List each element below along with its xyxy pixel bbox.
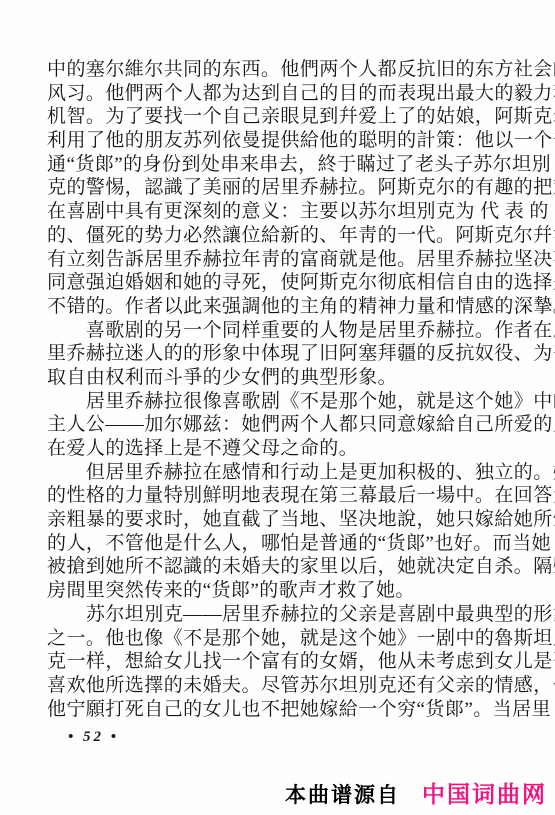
scanned-book-page: 中的塞尔維尔共同的东西。他們两个人都反抗旧的东方社会的风习。他們两个人都为达到自… bbox=[0, 0, 555, 815]
text-line: 房間里突然传来的“货郞”的歌声才救了她。 bbox=[47, 579, 519, 603]
text-line: 在爱人的选择上是不遵父母之命的。 bbox=[47, 437, 519, 461]
body-text: 中的塞尔維尔共同的东西。他們两个人都反抗旧的东方社会的风习。他們两个人都为达到自… bbox=[47, 58, 519, 721]
text-line: 的性格的力量特別鮮明地表現在第三幕最后一場中。在回答父 bbox=[47, 484, 519, 508]
text-line: 被搶到她所不認識的未婚夫的家里以后，她就决定自杀。隔壁 bbox=[47, 555, 519, 579]
text-line: 在喜剧中具有更深刻的意义：主要以苏尔坦別克为 代 表 的 旧 bbox=[47, 200, 519, 224]
text-line: 中的塞尔維尔共同的东西。他們两个人都反抗旧的东方社会的 bbox=[47, 58, 519, 82]
text-line: 克一样，想給女儿找一个富有的女婿，他从未考虑到女儿是否 bbox=[47, 650, 519, 674]
text-line: 他宁願打死自己的女儿也不把她嫁給一个穷“货郞”。当居里 bbox=[47, 698, 519, 722]
text-line: 喜歌剧的另一个同样重要的人物是居里乔赫拉。作者在居 bbox=[47, 319, 519, 343]
text-line: 取自由权利而斗爭的少女們的典型形象。 bbox=[47, 366, 519, 390]
page-number: • 52 • bbox=[68, 729, 119, 746]
text-line: 居里乔赫拉很像喜歌剧《不是那个她，就是这个她》中的女 bbox=[47, 390, 519, 414]
text-line: 同意强迫婚姻和她的寻死，使阿斯克尔彻底相信自由的选择是 bbox=[47, 271, 519, 295]
text-line: 机智。为了要找一个自己亲眼見到幷爱上了的姑娘，阿斯克尔 bbox=[47, 105, 519, 129]
text-line: 不错的。作者以此来强調他的主角的精神力量和情感的深摯。 bbox=[47, 295, 519, 319]
text-line: 喜欢他所选擇的未婚夫。尽管苏尔坦別克还有父亲的情感，但 bbox=[47, 674, 519, 698]
text-line: 利用了他的朋友苏列依曼提供給他的聪明的計策：他以一个普 bbox=[47, 129, 519, 153]
text-line: 苏尔坦別克——居里乔赫拉的父亲是喜剧中最典型的形象 bbox=[47, 603, 519, 627]
text-line: 里乔赫拉迷人的的形象中体現了旧阿塞拜疆的反抗奴役、为爭 bbox=[47, 342, 519, 366]
text-line: 的人，不管他是什么人，哪怕是普通的“货郞”也好。而当她 bbox=[47, 532, 519, 556]
text-line: 但居里乔赫拉在感情和行动上是更加积极的、独立的。她 bbox=[47, 461, 519, 485]
text-line: 亲粗暴的要求时，她直截了当地、坚决地說，她只嫁給她所爱 bbox=[47, 508, 519, 532]
watermark-site-name: 中国词曲网 bbox=[422, 776, 547, 809]
text-line: 有立刻告訴居里乔赫拉年靑的富商就是他。居里乔赫拉坚决不 bbox=[47, 248, 519, 272]
text-line: 之一。他也像《不是那个她，就是这个她》一剧中的魯斯坦別 bbox=[47, 627, 519, 651]
watermark-source-label: 本曲谱源自 bbox=[285, 779, 400, 809]
text-line: 的、僵死的势力必然讓位給新的、年靑的一代。阿斯克尔幷沒 bbox=[47, 224, 519, 248]
text-line: 克的警惕，認識了美丽的居里乔赫拉。阿斯克尔的有趣的把戏 bbox=[47, 176, 519, 200]
text-line: 主人公——加尔娜兹：她們两个人都只同意嫁給自己所爱的人， bbox=[47, 413, 519, 437]
watermark-footer: 本曲谱源自 中国词曲网 bbox=[285, 776, 547, 809]
text-line: 风习。他們两个人都为达到自己的目的而表現出最大的毅力和 bbox=[47, 82, 519, 106]
text-line: 通“货郞”的身份到处串来串去，終于瞞过了老头子苏尔坦別 bbox=[47, 153, 519, 177]
